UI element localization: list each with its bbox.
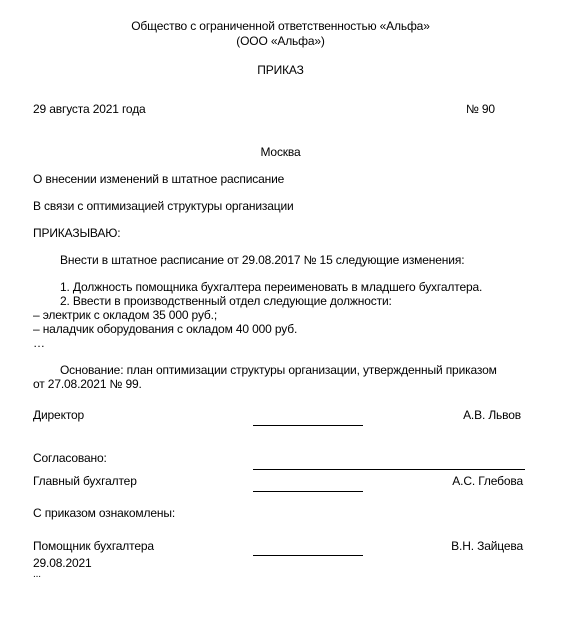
position-electrician: – электрик с окладом 35 000 руб.; [33, 308, 217, 322]
position-adjuster: – наладчик оборудования с окладом 40 000… [33, 322, 297, 336]
order-intro: Внести в штатное расписание от 29.08.201… [60, 253, 464, 267]
agreed-label: Согласовано: [33, 451, 107, 465]
basis-line-1: Основание: план оптимизации структуры ор… [60, 363, 497, 377]
order-number: № 90 [466, 102, 495, 116]
body-ellipsis: … [33, 336, 45, 350]
chief-accountant-signature-line [253, 491, 363, 492]
acquainted-label: С приказом ознакомлены: [33, 506, 175, 520]
director-signature-line [253, 425, 363, 426]
order-date: 29 августа 2021 года [33, 102, 146, 116]
assistant-signature-line [253, 555, 363, 556]
signatures-ellipsis: ... [33, 568, 41, 582]
order-word: ПРИКАЗЫВАЮ: [33, 226, 120, 240]
chief-accountant-role: Главный бухгалтер [33, 474, 137, 488]
order-reason: В связи с оптимизацией структуры организ… [33, 199, 294, 213]
org-full-name: Общество с ограниченной ответственностью… [0, 19, 561, 33]
chief-accountant-name: А.С. Глебова [380, 474, 523, 488]
assistant-name: В.Н. Зайцева [380, 539, 523, 553]
org-short-name: (ООО «Альфа») [0, 34, 561, 48]
assistant-role: Помощник бухгалтера [33, 539, 154, 553]
city: Москва [0, 145, 561, 159]
document-title: ПРИКАЗ [0, 63, 561, 77]
director-name: А.В. Львов [380, 408, 521, 422]
basis-line-2: от 27.08.2021 № 99. [33, 377, 142, 391]
order-subject: О внесении изменений в штатное расписани… [33, 172, 284, 186]
order-item-2: 2. Ввести в производственный отдел следу… [60, 294, 392, 308]
order-item-1: 1. Должность помощника бухгалтера переим… [60, 280, 482, 294]
director-role: Директор [33, 408, 84, 422]
agreed-signature-line [253, 469, 525, 470]
assistant-sign-date: 29.08.2021 [33, 556, 92, 570]
